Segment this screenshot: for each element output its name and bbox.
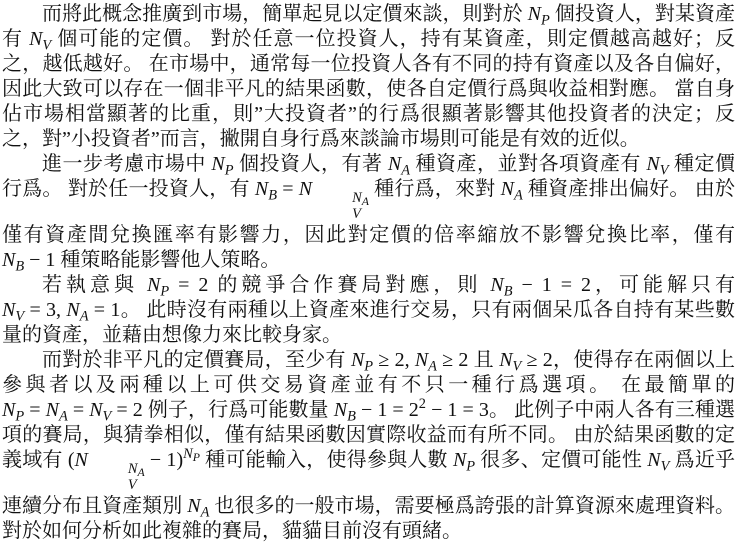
math-token: − 1 [24,249,55,271]
math-token: ≥ 2, [373,349,415,371]
body-text: 種行爲，來對 [369,178,501,200]
body-text: 進一步考慮市場中 [42,153,211,175]
math-token: )NP [176,449,200,471]
math-token: NP [147,274,169,296]
body-text: 且 [468,349,499,371]
math-token: NA [46,399,68,421]
paragraph-3: 若執意與 NP = 2 的競爭合作賽局對應，則 NB − 1 = 2，可能解只有… [2,273,735,348]
math-expression: NP = 2 [147,274,208,296]
body-text: 種資產，並對各項資產有 [410,153,646,175]
math-expression: NV [646,153,668,175]
paragraph-container: 而將此概念推廣到市場，簡單起見以定價來談，則對於 NP 個投資人，對某資產有 N… [2,2,735,544]
body-text: 很多、定價可能性 [475,449,647,471]
math-token: ≥ 2 [437,349,468,371]
math-token: ( [68,449,75,471]
math-token: = 2 [111,399,142,421]
math-expression: NB − 1 [2,249,55,271]
math-token: NP [351,349,373,371]
math-token: − 1 = 3 [426,399,489,421]
math-token: = 1 [89,299,121,321]
body-text: ，可能解只有 [591,274,735,296]
math-token: − 1 [145,449,177,471]
math-token: = [277,178,299,200]
math-expression: NA [501,178,523,200]
body-text: 個可能的定價。 對於任意一位投資人，持有某資產，則定價越高越好；反之，越低越好。… [2,28,735,150]
paragraph-2: 進一步考慮市場中 NP 個投資人，有著 NA 種資產，並對各項資產有 NV 種定… [2,152,735,273]
math-expression: NA [388,153,410,175]
math-expression: NV ≥ 2 [499,349,553,371]
math-token: NB [2,249,24,271]
math-token: = [68,399,89,421]
math-token: NA [187,495,209,517]
math-token: = 2 [169,274,208,296]
math-token: NNAV [299,178,369,200]
math-token: 22 [409,399,426,421]
body-text: 而將此概念推廣到市場，簡單起見以定價來談，則對於 [42,3,528,25]
math-token: = 3, [24,299,66,321]
math-token: NA [415,349,437,371]
paragraph-4: 而對於非平凡的定價賽局，至少有 NP ≥ 2, NA ≥ 2 且 NV ≥ 2，… [2,348,735,544]
math-token: ≥ 2 [521,349,552,371]
body-text: 而對於非平凡的定價賽局，至少有 [42,349,351,371]
body-text: 種可能輸入，使得參與人數 [200,449,453,471]
math-expression: NV [647,449,669,471]
body-text: 種策略能影響他人策略。 [55,249,280,271]
math-token: − 1 = 2 [513,274,592,296]
math-token: NA [388,153,410,175]
math-expression: NP [453,449,475,471]
math-token: − 1 = [356,399,409,421]
math-token: NP [528,3,550,25]
math-expression: NB = NNAV [255,178,369,200]
math-expression: NP [528,3,550,25]
math-token: NP [211,153,233,175]
math-token: NV [647,449,669,471]
math-expression: (NNAV − 1)NP [68,449,200,471]
math-expression: NA [187,495,209,517]
math-token: NB [255,178,277,200]
body-text: 個投資人，有著 [234,153,388,175]
math-token: NA [501,178,523,200]
math-token: NV [499,349,521,371]
math-token: NP [2,399,24,421]
math-expression: NV = 3, NA = 1 [2,299,120,321]
math-token: NNAV [75,449,145,471]
math-expression: NP = NA = NV = 2 [2,399,143,421]
math-expression: NP ≥ 2, NA ≥ 2 [351,349,468,371]
paragraph-1: 而將此概念推廣到市場，簡單起見以定價來談，則對於 NP 個投資人，對某資產有 N… [2,2,735,152]
math-token: NP [453,449,475,471]
math-expression: NV [29,28,51,50]
math-token: NV [2,299,24,321]
math-expression: NB − 1 = 22 − 1 = 3 [334,399,489,421]
math-token: NB [490,274,512,296]
math-token: NV [89,399,111,421]
math-token: NA [66,299,88,321]
math-token: NV [29,28,51,50]
math-token: NB [334,399,356,421]
body-text: 的競爭合作賽局對應，則 [208,274,490,296]
math-expression: NB − 1 = 2 [490,274,591,296]
document-page: 而將此概念推廣到市場，簡單起見以定價來談，則對於 NP 個投資人，對某資產有 N… [0,0,740,551]
body-text: 若執意與 [42,274,147,296]
body-text: 例子，行爲可能數量 [143,399,334,421]
math-expression: NP [211,153,233,175]
math-token: NV [646,153,668,175]
math-token: = [24,399,45,421]
